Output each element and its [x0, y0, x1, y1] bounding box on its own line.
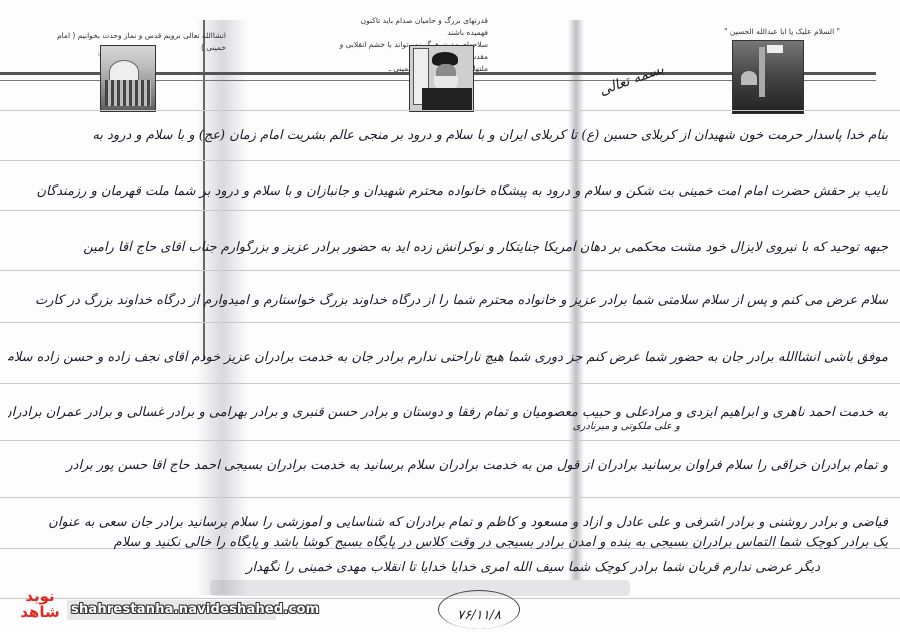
ruled-line — [0, 383, 900, 384]
watermark-url: shahrestanha.navideshahed.com — [67, 600, 276, 620]
navideshahed-logo: نوید شاهد — [14, 588, 66, 624]
letter-line: به خدمت احمد ناهری و ابراهیم ایزدی و مرا… — [8, 405, 888, 420]
imam-khomeini-portrait — [409, 45, 474, 112]
ruled-line — [0, 210, 900, 211]
letter-line: جبهه توحید که با نیروی لایزال خود مشت مح… — [8, 240, 888, 255]
ruled-line — [0, 270, 900, 271]
letter-line: بنام خدا پاسدار حرمت خون شهیدان از کربلا… — [8, 128, 888, 143]
header-quote-line: قدرتهای بزرگ و حامیان صدام باید تاکنون ف… — [338, 15, 488, 39]
signature-mark: ۷۶/۱۱/۸ — [438, 590, 520, 629]
letter-line: موفق باشی انشاالله برادر جان به حضور شما… — [8, 350, 888, 365]
ruled-line — [0, 322, 900, 323]
letter-line: و تمام برادران خراقی را سلام فراوان برسا… — [8, 458, 888, 473]
letter-closing-line: دیگر عرضی ندارم قربان شما برادر کوچک شما… — [80, 560, 820, 575]
letter-line: نایب بر حقش حضرت امام امت خمینی بت شکن و… — [8, 184, 888, 199]
ruled-line — [0, 110, 900, 111]
ink-bleed-stain — [210, 580, 630, 596]
letter-line: یک برادر کوچک شما التماس برادران بسیجی ب… — [8, 535, 888, 550]
header-quote-right: " السلام علیک یا ابا عبدالله الحسین " — [700, 26, 840, 38]
letter-line-insert: و علی ملکوتی و میرنادری — [440, 421, 680, 432]
ruled-line — [0, 497, 900, 498]
ruled-line — [0, 160, 900, 161]
letter-line: سلام عرض می کنم و پس از سلام سلامتی شما … — [8, 293, 888, 308]
dome-of-the-rock-photo — [100, 45, 156, 112]
scanned-letter-page: انشاالله تعالی برویم قدس و نماز وحدت بخو… — [0, 0, 900, 632]
karbala-shrine-photo — [732, 40, 804, 114]
letter-line: فیاضی و برادر روشنی و برادر اشرفی و علی … — [8, 515, 888, 530]
ruled-line — [0, 440, 900, 441]
